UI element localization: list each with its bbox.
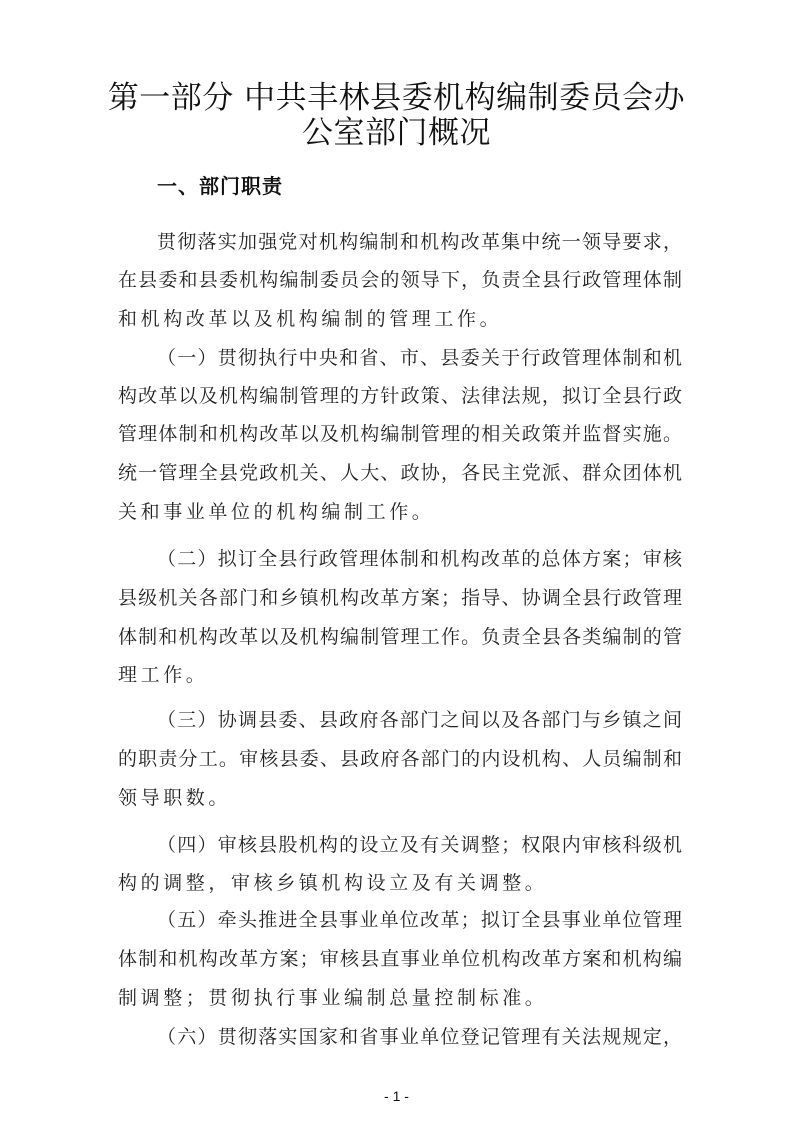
- text-line: （一）贯彻执行中央和省、市、县委关于行政管理体制和机: [157, 345, 682, 371]
- text-line: 和机构改革以及机构编制的管理工作。: [118, 306, 682, 332]
- text-line: 理工作。: [118, 662, 682, 688]
- text-line: 体制和机构改革以及机构编制管理工作。负责全县各类编制的管: [118, 624, 682, 650]
- text-line: 在县委和县委机构编制委员会的领导下，负责全县行政管理体制: [118, 267, 682, 293]
- section-heading: 一、部门职责: [157, 172, 283, 200]
- text-line: 制调整；贯彻执行事业编制总量控制标准。: [118, 985, 682, 1011]
- page-number: - 1 -: [0, 1088, 793, 1104]
- text-line: （六）贯彻落实国家和省事业单位登记管理有关法规规定，: [157, 1024, 682, 1050]
- text-line: 的职责分工。审核县委、县政府各部门的内设机构、人员编制和: [118, 746, 682, 772]
- text-line: 统一管理全县党政机关、人大、政协，各民主党派、群众团体机: [118, 460, 682, 486]
- text-line: 关和事业单位的机构编制工作。: [118, 499, 682, 525]
- text-line: （四）审核县股机构的设立及有关调整；权限内审核科级机: [157, 832, 682, 858]
- text-line: 领导职数。: [118, 785, 682, 811]
- text-line: 县级机关各部门和乡镇机构改革方案；指导、协调全县行政管理: [118, 585, 682, 611]
- text-line: 体制和机构改革方案；审核县直事业单位机构改革方案和机构编: [118, 946, 682, 972]
- text-line: （三）协调县委、县政府各部门之间以及各部门与乡镇之间: [157, 707, 682, 733]
- text-line: 贯彻落实加强党对机构编制和机构改革集中统一领导要求，: [157, 229, 682, 255]
- document-title-line-2: 公室部门概况: [0, 115, 793, 151]
- text-line: 管理体制和机构改革以及机构编制管理的相关政策并监督实施。: [118, 421, 682, 447]
- text-line: （五）牵头推进全县事业单位改革；拟订全县事业单位管理: [157, 907, 682, 933]
- text-line: 构的调整，审核乡镇机构设立及有关调整。: [118, 870, 682, 896]
- text-line: （二）拟订全县行政管理体制和机构改革的总体方案；审核: [157, 546, 682, 572]
- text-line: 构改革以及机构编制管理的方针政策、法律法规，拟订全县行政: [118, 383, 682, 409]
- document-title-line-1: 第一部分 中共丰林县委机构编制委员会办: [0, 80, 793, 116]
